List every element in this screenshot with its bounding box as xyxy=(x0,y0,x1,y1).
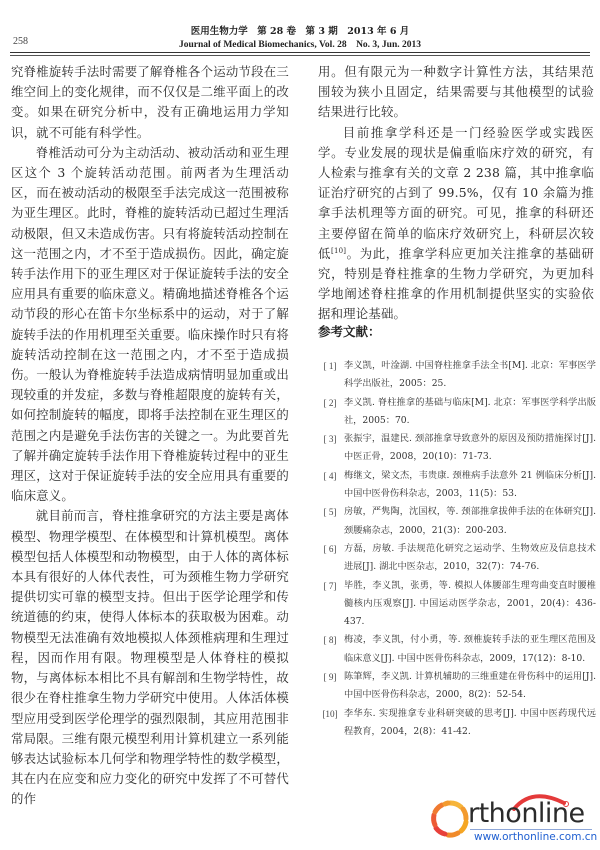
paragraph: 目前推拿学科还是一门经验医学或实践医学。专业发展的现状是偏重临床疗效的研究，有人… xyxy=(318,123,594,325)
left-column: 究脊椎旋转手法时需要了解脊椎各个运动节段在三维空间上的变化规律，而不仅仅是二维平… xyxy=(11,62,289,810)
brand-name: rthonline xyxy=(468,798,585,829)
reference-number: [ 1] xyxy=(316,357,344,394)
reference-item: [ 7]毕胜，李义凯，张勇，等. 模拟人体腰部生理弯曲变直时腰椎髓核内压观察[J… xyxy=(316,577,596,632)
reference-item: [ 9]陈筆辉，李义凯. 计算机辅助的三维重建在骨伤科中的运用[J]. 中国中医… xyxy=(316,668,596,705)
reference-number: [ 8] xyxy=(316,631,344,668)
reference-item: [ 4]梅继文，梁文杰，韦贵康. 颈椎病手法意外 21 例临床分析[J]. 中国… xyxy=(316,467,596,504)
reference-text: 李义凯，叶淦湖. 中国脊柱推拿手法全书[M]. 北京：军事医学科学出版社，200… xyxy=(344,357,596,394)
reference-number: [ 9] xyxy=(316,668,344,705)
right-column: 用。但有限元为一种数字计算性方法，其结果范围较为狭小且固定，结果需要与其他模型的… xyxy=(318,62,594,325)
reference-item: [ 2]李义凯. 脊柱推拿的基础与临床[M]. 北京：军事医学科学出版社，200… xyxy=(316,394,596,431)
orthonline-watermark: rthonline www.orthonline.com.cn xyxy=(430,795,600,850)
reference-item: [ 3]张振宇，温建民. 颈部推拿导致意外的原因及预防措施探讨[J]. 中医正骨… xyxy=(316,430,596,467)
references-heading: 参考文献： xyxy=(318,322,381,340)
reference-text: 毕胜，李义凯，张勇，等. 模拟人体腰部生理弯曲变直时腰椎髓核内压观察[J]. 中… xyxy=(344,577,596,632)
reference-text: 李华东. 实现推拿专业科研突破的思考[J]. 中国中医药现代远程教育，2004，… xyxy=(344,705,596,742)
reference-number: [10] xyxy=(316,705,344,742)
header-rule-thin xyxy=(10,55,590,56)
sun-ring-logo-icon xyxy=(430,799,470,839)
reference-item: [ 5]房敏，严隽陶，沈国权，等. 颈部推拿拔伸手法的在体研究[J]. 颈腰痛杂… xyxy=(316,503,596,540)
reference-number: [ 6] xyxy=(316,540,344,577)
citation-superscript[interactable]: [10] xyxy=(331,247,346,255)
brand-underline xyxy=(470,829,592,830)
paragraph: 用。但有限元为一种数字计算性方法，其结果范围较为狭小且固定，结果需要与其他模型的… xyxy=(318,62,594,123)
page-header: 258 医用生物力学 第 28 卷 第 3 期 2013 年 6 月 Journ… xyxy=(0,22,600,50)
paragraph: 究脊椎旋转手法时需要了解脊椎各个运动节段在三维空间上的变化规律，而不仅仅是二维平… xyxy=(11,62,289,143)
brand-url[interactable]: www.orthonline.com.cn xyxy=(474,831,597,843)
paragraph-text: 目前推拿学科还是一门经验医学或实践医学。专业发展的现状是偏重临床疗效的研究，有人… xyxy=(318,125,594,261)
reference-item: [ 8]梅凌，李义凯，付小勇，等. 颈椎旋转手法的亚生理区范围及临床意义[J].… xyxy=(316,631,596,668)
reference-item: [ 6]方磊，房敏. 手法规范化研究之运动学、生物效应及信息技术进展[J]. 湖… xyxy=(316,540,596,577)
reference-list: [ 1]李义凯，叶淦湖. 中国脊柱推拿手法全书[M]. 北京：军事医学科学出版社… xyxy=(316,357,596,741)
reference-text: 李义凯. 脊柱推拿的基础与临床[M]. 北京：军事医学科学出版社，2005：70… xyxy=(344,394,596,431)
reference-number: [ 4] xyxy=(316,467,344,504)
reference-number: [ 7] xyxy=(316,577,344,632)
reference-number: [ 5] xyxy=(316,503,344,540)
reference-text: 房敏，严隽陶，沈国权，等. 颈部推拿拔伸手法的在体研究[J]. 颈腰痛杂志，20… xyxy=(344,503,596,540)
reference-number: [ 3] xyxy=(316,430,344,467)
reference-text: 梅凌，李义凯，付小勇，等. 颈椎旋转手法的亚生理区范围及临床意义[J]. 中国中… xyxy=(344,631,596,668)
reference-item: [10]李华东. 实现推拿专业科研突破的思考[J]. 中国中医药现代远程教育，2… xyxy=(316,705,596,742)
journal-title-chinese: 医用生物力学 第 28 卷 第 3 期 2013 年 6 月 xyxy=(0,23,600,37)
paragraph: 就目前而言，脊柱推拿研究的方法主要是离体模型、物理学模型、在体模型和计算机模型。… xyxy=(11,506,289,809)
journal-title-english: Journal of Medical Biomechanics, Vol. 28… xyxy=(0,36,600,50)
header-rule-thick xyxy=(10,52,590,53)
reference-text: 陈筆辉，李义凯. 计算机辅助的三维重建在骨伤科中的运用[J]. 中国中医骨伤科杂… xyxy=(344,668,596,705)
reference-text: 方磊，房敏. 手法规范化研究之运动学、生物效应及信息技术进展[J]. 湖北中医杂… xyxy=(344,540,596,577)
reference-item: [ 1]李义凯，叶淦湖. 中国脊柱推拿手法全书[M]. 北京：军事医学科学出版社… xyxy=(316,357,596,394)
paragraph: 脊椎活动可分为主动活动、被动活动和亚生理区这个 3 个旋转活动范围。前两者为生理… xyxy=(11,143,289,507)
reference-number: [ 2] xyxy=(316,394,344,431)
reference-text: 张振宇，温建民. 颈部推拿导致意外的原因及预防措施探讨[J]. 中医正骨，200… xyxy=(344,430,596,467)
paragraph-text: 。为此，推拿学科应更加关注推拿的基础研究，特别是脊柱推拿的生物力学研究，为更加科… xyxy=(318,246,594,322)
reference-text: 梅继文，梁文杰，韦贵康. 颈椎病手法意外 21 例临床分析[J]. 中国中医骨伤… xyxy=(344,467,596,504)
